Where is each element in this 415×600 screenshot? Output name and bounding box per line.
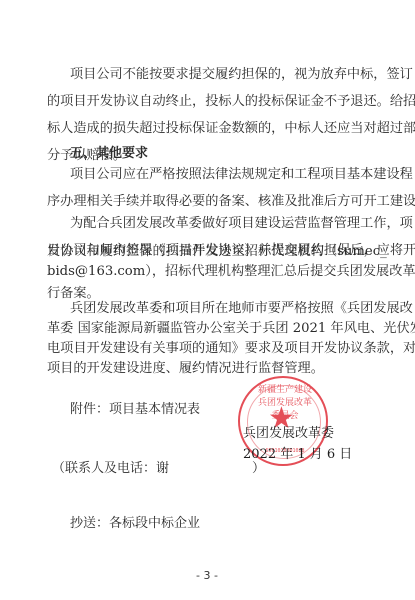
paragraph-3-line-5: 行备案。 <box>47 286 365 302</box>
paragraph-4-line-4: 项目的开发建设进度、履约情况进行监督管理。 <box>47 361 365 377</box>
paragraph-3-line-4: bids@163.com），招标代理机构整理汇总后提交兵团发展改革委进 <box>47 264 365 280</box>
attachment-label: 附件：项目基本情况表 <box>70 402 200 418</box>
cc-line: 抄送：各标段中标企业 <box>70 516 200 532</box>
contact-info: （联系人及电话：谢 <box>52 461 169 477</box>
paragraph-3-line-3: 发协议和履约担保的扫描件发送至招标代理机构（sumec_ <box>47 244 365 260</box>
document-page: 项目公司不能按要求提交履约担保的，视为放弃中标，签订 的项目开发协议自动终止，投… <box>0 0 415 600</box>
paragraph-4-line-1: 兵团发展改革委和项目所在地师市要严格按照《兵团发展改 <box>70 301 365 317</box>
issue-date: 2022 年 1 月 6 日 <box>243 447 352 463</box>
paragraph-1-line-3: 标人造成的损失超过投标保证金数额的，中标人还应当对超过部 <box>47 121 365 137</box>
paragraph-1-line-2: 的项目开发协议自动终止，投标人的投标保证金不予退还。给招 <box>47 94 365 110</box>
paragraph-3-line-1: 为配合兵团发展改革委做好项目建设运营监督管理工作，项 <box>70 216 365 232</box>
paragraph-4-line-2: 革委 国家能源局新疆监管办公室关于兵团 2021 年风电、光伏发 <box>47 321 365 337</box>
paragraph-2-line-2: 序办理相关手续并取得必要的备案、核准及批准后方可开工建设。 <box>47 194 365 210</box>
paragraph-1-line-1: 项目公司不能按要求提交履约担保的，视为放弃中标，签订 <box>70 67 365 83</box>
section-heading: 五、其他要求 <box>70 146 148 162</box>
signer-name: 兵团发展改革委 <box>243 426 334 442</box>
paragraph-2-line-1: 项目公司应在严格按照法律法规规定和工程项目基本建设程 <box>70 167 365 183</box>
paragraph-4-line-3: 电项目开发建设有关事项的通知》要求及项目开发协议条款，对 <box>47 341 365 357</box>
contact-close: ） <box>252 461 265 477</box>
page-number: - 3 - <box>196 569 218 582</box>
